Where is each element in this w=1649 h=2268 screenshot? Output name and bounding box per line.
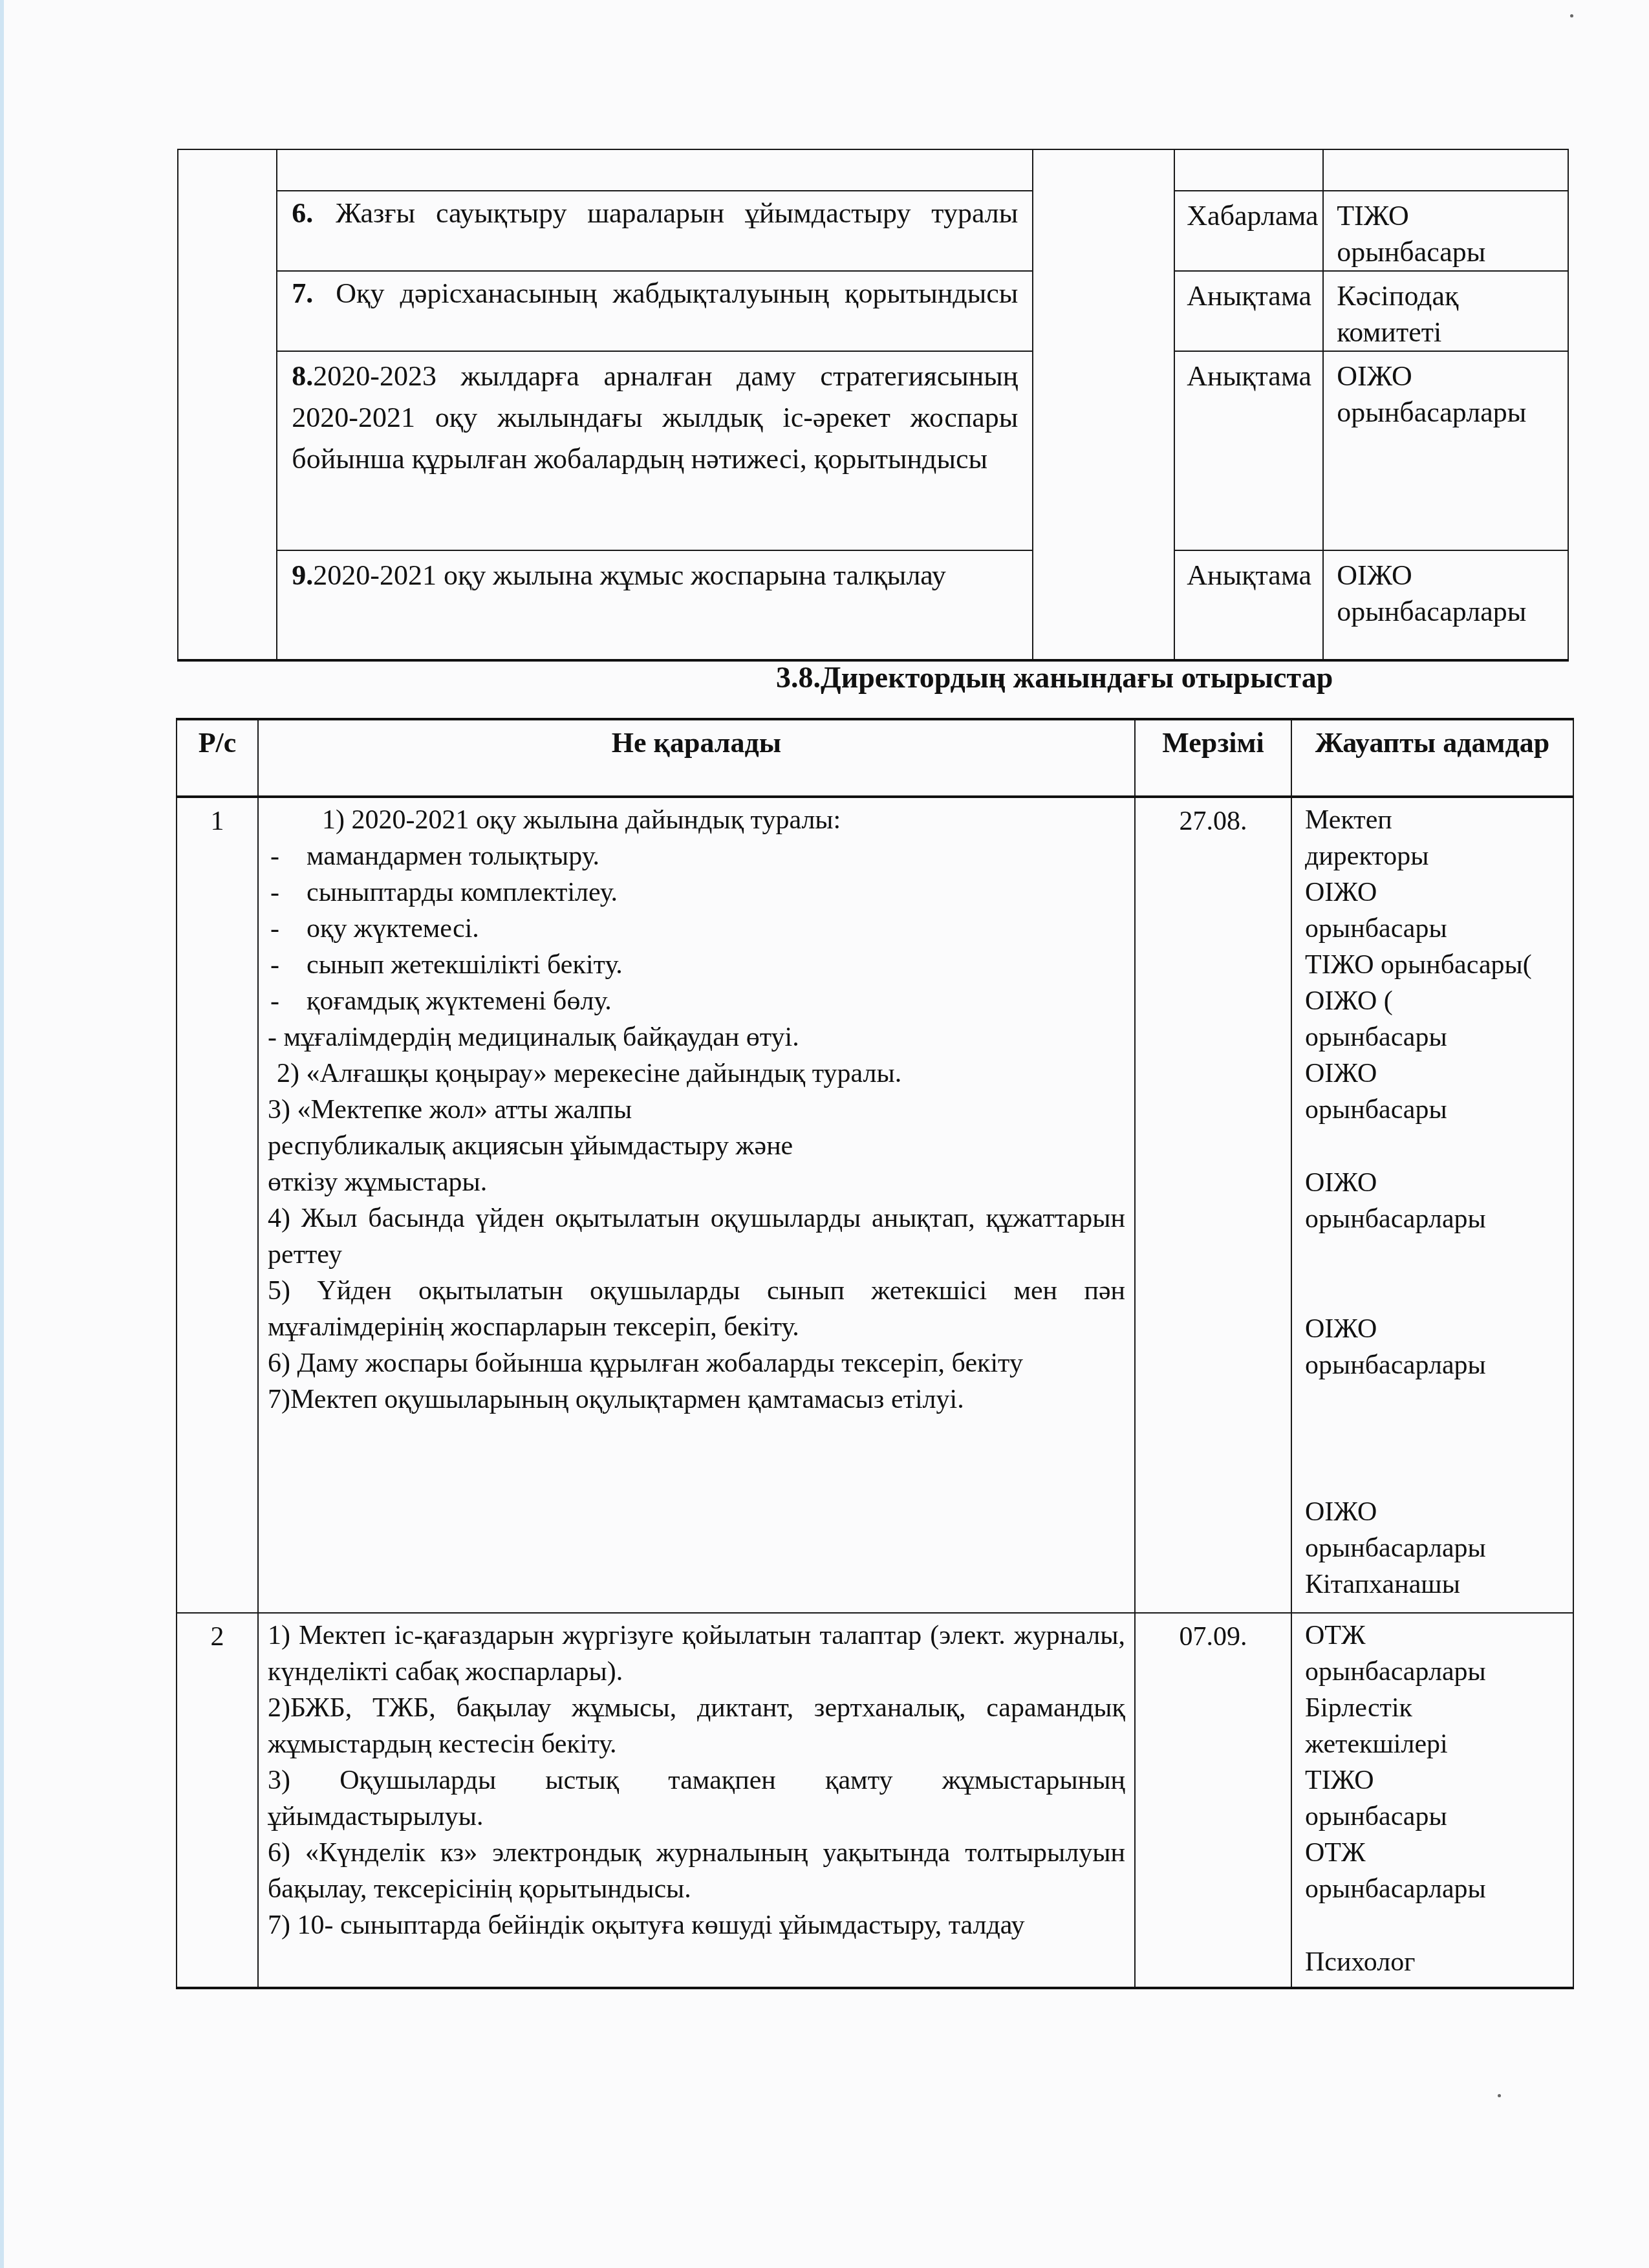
continuation-table: 6. Жазғы сауықтыру шараларын ұйымдастыру…	[177, 149, 1569, 662]
agenda-bullet: -сынып жетекшілікті бекіту.	[268, 947, 1125, 983]
responsible-line: ОІЖО	[1305, 1494, 1569, 1530]
table-row: 9.2020-2021 оқу жылына жұмыс жоспарына т…	[178, 550, 1568, 660]
agenda-item: өткізу жұмыстары.	[268, 1164, 1125, 1200]
header-date: Мерзімі	[1135, 719, 1291, 797]
agenda-item: 5) Үйден оқытылатын оқушыларды сынып жет…	[268, 1273, 1125, 1345]
header-row: Р/с Не қаралады Мерзімі Жауапты адамдар	[177, 719, 1573, 797]
form-cell: Анықтама	[1174, 550, 1323, 660]
responsible-cell	[1323, 149, 1568, 191]
agenda-item: 7)Мектеп оқушыларының оқулықтармен қамта…	[268, 1381, 1125, 1418]
scan-speck	[1498, 2094, 1501, 2097]
agenda-item: 6) «Күнделік кз» электрондық журналының …	[268, 1835, 1125, 1907]
agenda-item: 2)БЖБ, ТЖБ, бақылау жұмысы, диктант, зер…	[268, 1690, 1125, 1762]
responsible-line: ОІЖО	[1305, 874, 1569, 911]
responsible-cell: Кәсіподақ комитеті	[1323, 271, 1568, 351]
responsible-line: Мектеп	[1305, 802, 1569, 838]
form-cell: Хабарлама	[1174, 191, 1323, 271]
scan-speck	[1570, 14, 1573, 17]
responsible-line: ОІЖО	[1305, 1055, 1569, 1092]
responsible-line: орынбасары	[1337, 234, 1558, 270]
responsible-line: орынбасары	[1305, 1092, 1569, 1128]
agenda-item: 1) Мектеп іс-қағаздарын жүргізуге қойыла…	[268, 1617, 1125, 1690]
agenda-bullet: -қоғамдық жүктемені бөлу.	[268, 983, 1125, 1019]
responsible-cell: ОІЖО орынбасарлары	[1323, 550, 1568, 660]
responsible-line: ОІЖО	[1337, 557, 1558, 594]
agenda-item: 1) 2020-2021 оқу жылына дайындық туралы:	[268, 802, 1125, 838]
empty-cell	[1033, 149, 1174, 660]
responsible-line: орынбасарлары	[1305, 1530, 1569, 1566]
responsible-line: орынбасары	[1305, 1798, 1569, 1835]
agenda-item: 4) Жыл басында үйден оқытылатын оқушылар…	[268, 1200, 1125, 1273]
responsible-cell: ОІЖО орынбасарлары	[1323, 351, 1568, 550]
responsible-line: ТІЖО орынбасары(	[1305, 947, 1569, 983]
item-number: 6.	[292, 195, 336, 232]
row-number: 2	[177, 1613, 258, 1988]
header-number: Р/с	[177, 719, 258, 797]
agenda-bullet: -мамандармен толықтыру.	[268, 838, 1125, 874]
item-text: 2020-2021 оқу жылына жұмыс жоспарына тал…	[313, 559, 945, 591]
agenda-item: 6) Даму жоспары бойынша құрылған жобалар…	[268, 1345, 1125, 1381]
agenda-item: республикалық акциясын ұйымдастыру және	[268, 1128, 1125, 1164]
header-topic: Не қаралады	[258, 719, 1135, 797]
item-text: Оқу дәрісханасының жабдықталуының қорыты…	[336, 275, 1018, 312]
responsible-line: орынбасары	[1305, 911, 1569, 947]
date-cell: 27.08.	[1135, 797, 1291, 1613]
item-cell: 8.2020-2023 жылдарға арналған даму страт…	[277, 351, 1033, 550]
agenda-bullet: -оқу жүктемесі.	[268, 911, 1125, 947]
header-responsible: Жауапты адамдар	[1291, 719, 1573, 797]
responsible-line: комитеті	[1337, 314, 1558, 351]
form-cell: Анықтама	[1174, 351, 1323, 550]
date-cell: 07.09.	[1135, 1613, 1291, 1988]
item-cell: 7. Оқу дәрісханасының жабдықталуының қор…	[277, 271, 1033, 351]
table-row: 2 1) Мектеп іс-қағаздарын жүргізуге қойы…	[177, 1613, 1573, 1988]
agenda-cell: 1) 2020-2021 оқу жылына дайындық туралы:…	[258, 797, 1135, 1613]
agenda-item: 3) Оқушыларды ыстық тамақпен қамту жұмыс…	[268, 1762, 1125, 1835]
responsible-cell: ОТЖ орынбасарлары Бірлестік жетекшілері …	[1291, 1613, 1573, 1988]
item-cell: 9.2020-2021 оқу жылына жұмыс жоспарына т…	[277, 550, 1033, 660]
responsible-line: ОТЖ	[1305, 1835, 1569, 1871]
responsible-line: директоры	[1305, 838, 1569, 874]
item-text: Жазғы сауықтыру шараларын ұйымдастыру ту…	[336, 195, 1018, 232]
responsible-line: Кітапханашы	[1305, 1566, 1569, 1603]
item-cell: 6. Жазғы сауықтыру шараларын ұйымдастыру…	[277, 191, 1033, 271]
responsible-cell: ТІЖО орынбасары	[1323, 191, 1568, 271]
responsible-line: ОІЖО	[1305, 1311, 1569, 1347]
responsible-cell: Мектеп директоры ОІЖО орынбасары ТІЖО ор…	[1291, 797, 1573, 1613]
responsible-line: орынбасарлары	[1337, 594, 1558, 630]
responsible-line: орынбасарлары	[1305, 1654, 1569, 1690]
responsible-line: Кәсіподақ	[1337, 278, 1558, 314]
responsible-line: ОТЖ	[1305, 1617, 1569, 1654]
item-text: 2020-2023 жылдарға арналған даму стратег…	[292, 360, 1018, 475]
scan-edge	[0, 0, 4, 2268]
responsible-line: жетекшілері	[1305, 1726, 1569, 1762]
agenda-item: 2) «Алғашқы қоңырау» мерекесіне дайындық…	[268, 1055, 1125, 1092]
responsible-line: ТІЖО	[1305, 1762, 1569, 1798]
meetings-table: Р/с Не қаралады Мерзімі Жауапты адамдар …	[176, 718, 1574, 1989]
item-number: 7.	[292, 275, 336, 312]
table-row	[178, 149, 1568, 191]
responsible-line: Психолог	[1305, 1944, 1569, 1980]
responsible-line: орынбасары	[1305, 1019, 1569, 1055]
table-row: 7. Оқу дәрісханасының жабдықталуының қор…	[178, 271, 1568, 351]
form-cell: Анықтама	[1174, 271, 1323, 351]
table-row: 8.2020-2023 жылдарға арналған даму страт…	[178, 351, 1568, 550]
agenda-item: 7) 10- сыныптарда бейіндік оқытуға көшуд…	[268, 1907, 1125, 1943]
empty-cell	[178, 149, 277, 660]
section-title: 3.8.Директордың жанындағы отырыстар	[776, 660, 1333, 696]
agenda-bullet: - мұғалімдердің медициналық байқаудан өт…	[268, 1019, 1125, 1055]
agenda-item: 3) «Мектепке жол» атты жалпы	[268, 1092, 1125, 1128]
responsible-line: ОІЖО	[1305, 1165, 1569, 1201]
responsible-line: орынбасарлары	[1305, 1871, 1569, 1907]
table-row: 6. Жазғы сауықтыру шараларын ұйымдастыру…	[178, 191, 1568, 271]
table-row: 1 1) 2020-2021 оқу жылына дайындық турал…	[177, 797, 1573, 1613]
form-cell	[1174, 149, 1323, 191]
responsible-line: Бірлестік	[1305, 1690, 1569, 1726]
responsible-line: ОІЖО	[1337, 358, 1558, 394]
item-number: 8.	[292, 360, 313, 392]
item-cell	[277, 149, 1033, 191]
item-number: 9.	[292, 559, 313, 591]
row-number: 1	[177, 797, 258, 1613]
responsible-line: ОІЖО (	[1305, 983, 1569, 1019]
agenda-bullet: -сыныптарды комплектілеу.	[268, 874, 1125, 911]
responsible-line: орынбасарлары	[1305, 1347, 1569, 1383]
agenda-cell: 1) Мектеп іс-қағаздарын жүргізуге қойыла…	[258, 1613, 1135, 1988]
responsible-line: орынбасарлары	[1305, 1201, 1569, 1237]
responsible-line: ТІЖО	[1337, 198, 1558, 234]
responsible-line: орынбасарлары	[1337, 394, 1558, 431]
